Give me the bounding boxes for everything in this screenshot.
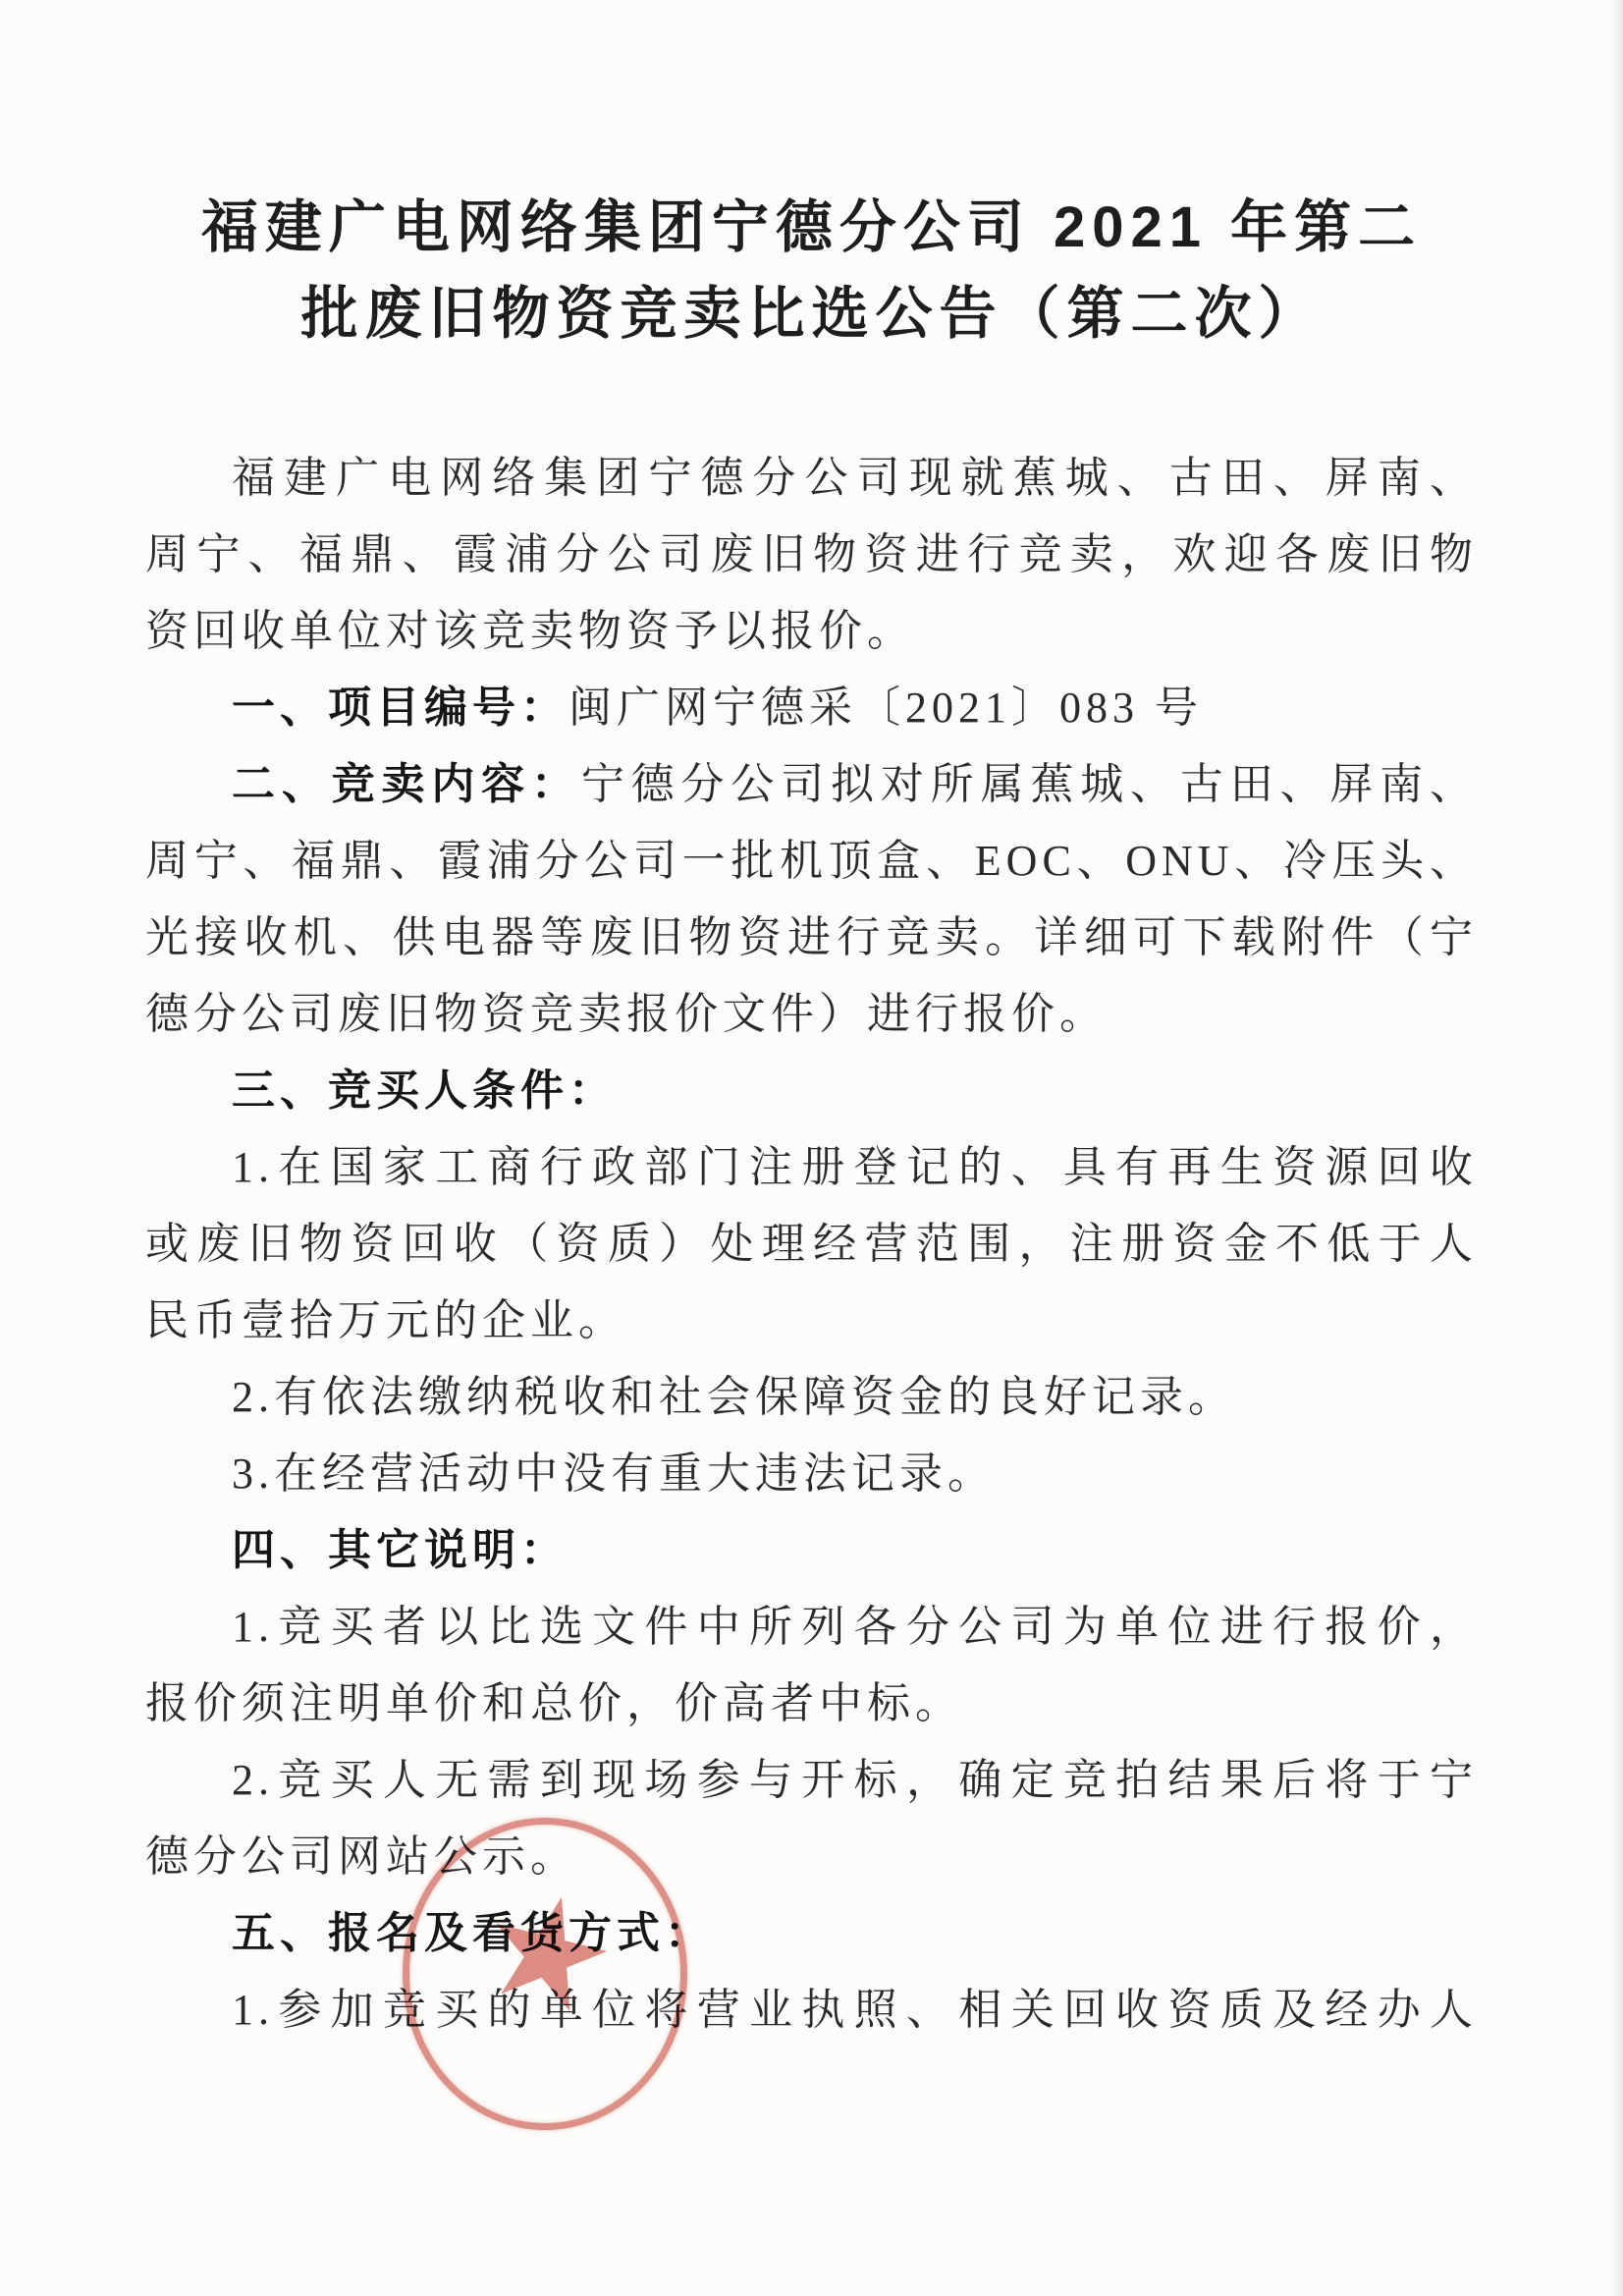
- line-text: 1.参加竞买的单位将营业执照、相关回收资质及经办人: [232, 1986, 1478, 2034]
- body-line-21: 1.参加竞买的单位将营业执照、相关回收资质及经办人: [145, 1972, 1478, 2049]
- document-title: 福建广电网络集团宁德分公司 2021 年第二 批废旧物资竞卖比选公告（第二次）: [0, 185, 1623, 357]
- line-text: 1.竞买者以比选文件中所列各分公司为单位进行报价，: [232, 1603, 1478, 1651]
- section-heading-2: 二、竞卖内容：: [232, 760, 581, 808]
- body-line-6: 周宁、福鼎、霞浦分公司一批机顶盒、EOC、ONU、冷压头、: [145, 823, 1478, 900]
- line-text: 福建广电网络集团宁德分公司现就蕉城、古田、屏南、: [232, 454, 1478, 502]
- line-text: 宁德分公司拟对所属蕉城、古田、屏南、: [581, 760, 1478, 808]
- body-line-9: 三、竞买人条件：: [145, 1053, 1478, 1129]
- document-body: 福建广电网络集团宁德分公司现就蕉城、古田、屏南、 周宁、福鼎、霞浦分公司废旧物资…: [145, 440, 1478, 2049]
- body-line-13: 2.有依法缴纳税收和社会保障资金的良好记录。: [145, 1359, 1478, 1436]
- line-text: 或废旧物资回收（资质）处理经营范围，注册资金不低于人: [145, 1220, 1478, 1268]
- section-heading-4: 四、其它说明：: [232, 1526, 568, 1574]
- body-line-11: 或废旧物资回收（资质）处理经营范围，注册资金不低于人: [145, 1206, 1478, 1283]
- body-line-15: 四、其它说明：: [145, 1512, 1478, 1589]
- body-line-5: 二、竞卖内容：宁德分公司拟对所属蕉城、古田、屏南、: [145, 746, 1478, 823]
- body-line-20: 五、报名及看货方式：: [145, 1895, 1478, 1972]
- line-text: 1.在国家工商行政部门注册登记的、具有再生资源回收: [232, 1143, 1478, 1191]
- line-text: 周宁、福鼎、霞浦分公司废旧物资进行竞卖，欢迎各废旧物: [145, 530, 1478, 578]
- line-text: 3.在经营活动中没有重大违法记录。: [232, 1449, 996, 1498]
- line-text: 光接收机、供电器等废旧物资进行竞卖。详细可下载附件（宁: [145, 913, 1478, 961]
- body-line-8: 德分公司废旧物资竞卖报价文件）进行报价。: [145, 976, 1478, 1053]
- line-text: 闽广网宁德采〔2021〕083 号: [568, 683, 1203, 732]
- body-line-1: 福建广电网络集团宁德分公司现就蕉城、古田、屏南、: [145, 440, 1478, 517]
- line-text: 2.竞买人无需到现场参与开标，确定竞拍结果后将于宁: [232, 1756, 1478, 1804]
- line-text: 2.有依法缴纳税收和社会保障资金的良好记录。: [232, 1373, 1236, 1421]
- line-text: 德分公司废旧物资竞卖报价文件）进行报价。: [145, 990, 1108, 1038]
- document-page: 福建广电网络集团宁德分公司 2021 年第二 批废旧物资竞卖比选公告（第二次） …: [0, 0, 1623, 2296]
- body-line-14: 3.在经营活动中没有重大违法记录。: [145, 1436, 1478, 1512]
- body-line-10: 1.在国家工商行政部门注册登记的、具有再生资源回收: [145, 1129, 1478, 1206]
- body-line-12: 民币壹拾万元的企业。: [145, 1283, 1478, 1359]
- title-line-2: 批废旧物资竞卖比选公告（第二次）: [0, 271, 1623, 357]
- line-text: 报价须注明单价和总价，价高者中标。: [145, 1679, 963, 1727]
- title-line-1: 福建广电网络集团宁德分公司 2021 年第二: [0, 185, 1623, 271]
- body-line-16: 1.竞买者以比选文件中所列各分公司为单位进行报价，: [145, 1589, 1478, 1666]
- body-line-7: 光接收机、供电器等废旧物资进行竞卖。详细可下载附件（宁: [145, 900, 1478, 976]
- body-line-17: 报价须注明单价和总价，价高者中标。: [145, 1666, 1478, 1742]
- body-line-4: 一、项目编号：闽广网宁德采〔2021〕083 号: [145, 670, 1478, 746]
- section-heading-1: 一、项目编号：: [232, 683, 568, 732]
- section-heading-5: 五、报名及看货方式：: [232, 1909, 713, 1957]
- line-text: 周宁、福鼎、霞浦分公司一批机顶盒、EOC、ONU、冷压头、: [145, 837, 1478, 885]
- body-line-2: 周宁、福鼎、霞浦分公司废旧物资进行竞卖，欢迎各废旧物: [145, 517, 1478, 593]
- body-line-18: 2.竞买人无需到现场参与开标，确定竞拍结果后将于宁: [145, 1742, 1478, 1819]
- line-text: 资回收单位对该竞卖物资予以报价。: [145, 607, 915, 655]
- line-text: 德分公司网站公示。: [145, 1832, 578, 1881]
- body-line-3: 资回收单位对该竞卖物资予以报价。: [145, 593, 1478, 670]
- section-heading-3: 三、竞买人条件：: [232, 1066, 617, 1115]
- line-text: 民币壹拾万元的企业。: [145, 1296, 626, 1344]
- body-line-19: 德分公司网站公示。: [145, 1819, 1478, 1895]
